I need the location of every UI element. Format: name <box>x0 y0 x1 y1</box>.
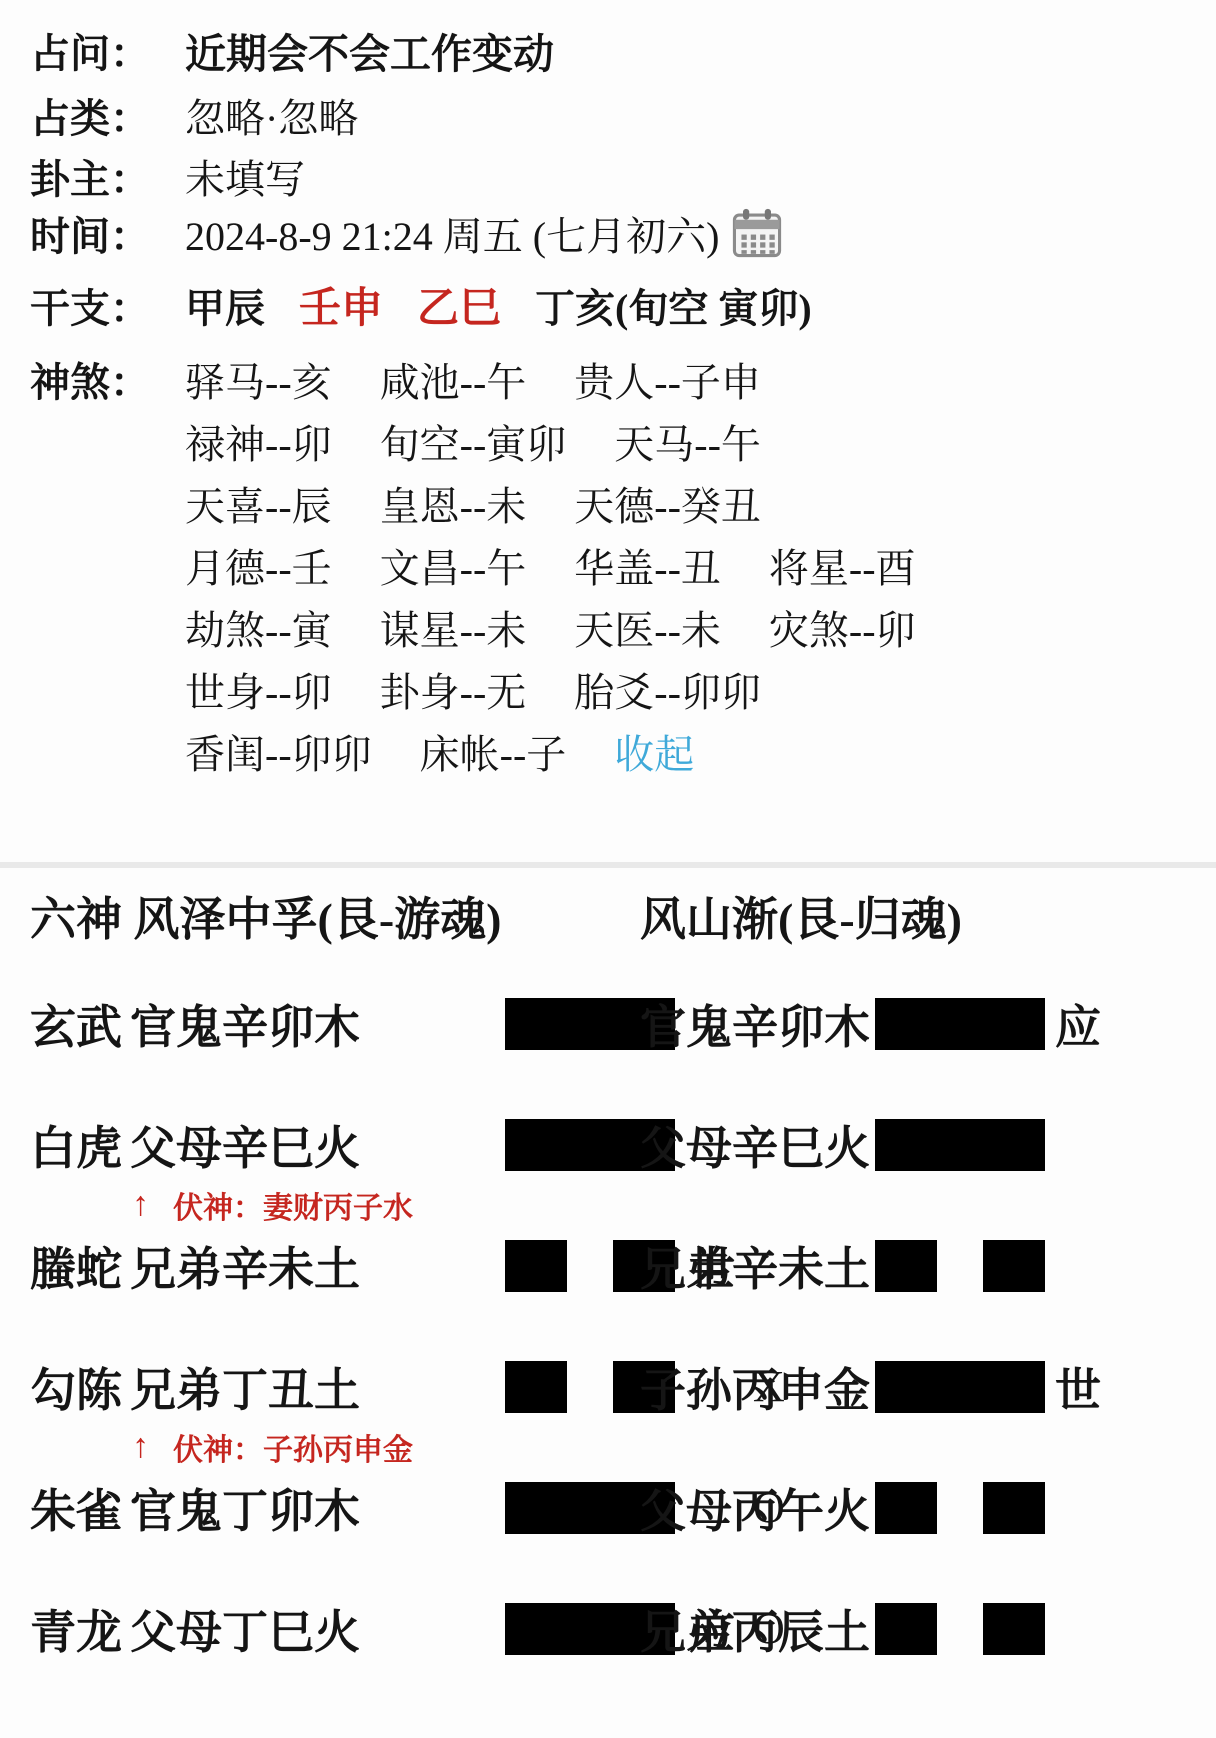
line-text: 父母辛巳火 <box>640 1112 875 1178</box>
time-label: 时间： <box>30 205 185 262</box>
liuyao-record-page: 占问： 近期会不会工作变动 占类： 忽略·忽略 卦主： 未填写 时间： 2024… <box>0 0 1216 1738</box>
shensha-item: 禄神--卯 <box>185 413 332 470</box>
shensha-item: 谋星--未 <box>380 599 527 656</box>
ganzhi-part: 壬申 <box>299 275 383 335</box>
shensha-item: 胎爻--卯卯 <box>574 661 761 718</box>
ganzhi-part: 甲辰 <box>185 277 265 334</box>
shensha-item: 文昌--午 <box>380 537 527 594</box>
shensha-row: 禄神--卯旬空--寅卯天马--午 <box>185 410 1216 472</box>
yin-block-left <box>505 1361 567 1413</box>
hexagram-line-row: 兄弟丙辰土 <box>640 1568 1216 1689</box>
line-text: 兄弟辛未土 <box>640 1233 875 1299</box>
shi-ying-marker: 应 <box>1045 991 1101 1057</box>
hexagram-line-row: 青龙父母丁巳火应O <box>30 1568 640 1689</box>
hexagram-line-row: 父母辛巳火 <box>640 1084 1216 1205</box>
question-value: 近期会不会工作变动 <box>185 21 554 80</box>
time-row: 时间： 2024-8-9 21:24 周五 (七月初六) <box>0 204 1216 262</box>
category-row: 占类： 忽略·忽略 <box>0 82 1216 148</box>
shi-ying-marker: 世 <box>1045 1354 1101 1420</box>
line-text: 父母丙午火 <box>640 1475 875 1541</box>
hexagram-line-row: 父母丙午火 <box>640 1447 1216 1568</box>
line-text: 父母辛巳火 <box>130 1112 505 1178</box>
shensha-item: 床帐--子 <box>420 723 567 780</box>
yin-block-right <box>983 1603 1045 1655</box>
line-text: 官鬼丁卯木 <box>130 1475 505 1541</box>
shensha-item: 将星--酉 <box>769 537 916 594</box>
hexagram-line-row: 子孙丙申金世 <box>640 1326 1216 1447</box>
six-god-label: 白虎 <box>30 1112 130 1178</box>
subject-row: 卦主： 未填写 <box>0 148 1216 204</box>
line-text: 官鬼辛卯木 <box>640 991 875 1057</box>
category-value: 忽略·忽略 <box>185 87 358 144</box>
shensha-item: 咸池--午 <box>380 351 527 408</box>
yin-line <box>875 1482 1045 1534</box>
shensha-item: 卦身--无 <box>380 661 527 718</box>
shensha-label: 神煞： <box>30 348 185 410</box>
shensha-item: 皇恩--未 <box>380 475 527 532</box>
six-god-label: 螣蛇 <box>30 1233 130 1299</box>
shensha-item: 天喜--辰 <box>185 475 332 532</box>
shensha-item: 劫煞--寅 <box>185 599 332 656</box>
ganzhi-part: 乙巳 <box>417 275 501 335</box>
changed-hexagram: 风山渐(艮-归魂) 官鬼辛卯木应父母辛巳火兄弟辛未土子孙丙申金世父母丙午火兄弟丙… <box>640 868 1216 1689</box>
shensha-item: 天德--癸丑 <box>574 475 761 532</box>
yin-line <box>875 1240 1045 1292</box>
yang-line <box>875 998 1045 1050</box>
main-hexagram-title: 六神 风泽中孚(艮-游魂) <box>30 868 640 963</box>
collapse-link[interactable]: 收起 <box>614 723 694 780</box>
line-text: 兄弟丙辰土 <box>640 1596 875 1662</box>
shensha-row: 世身--卯卦身--无胎爻--卯卯 <box>185 658 1216 720</box>
line-text: 兄弟丁丑土 <box>130 1354 505 1420</box>
six-god-label: 玄武 <box>30 991 130 1057</box>
shensha-item: 旬空--寅卯 <box>380 413 567 470</box>
question-row: 占问： 近期会不会工作变动 <box>0 18 1216 82</box>
changed-hexagram-title: 风山渐(艮-归魂) <box>640 868 1216 963</box>
yin-block-left <box>505 1240 567 1292</box>
hexagram-line-row: 玄武官鬼辛卯木 <box>30 963 640 1084</box>
shensha-item: 月德--壬 <box>185 537 332 594</box>
ganzhi-label: 干支： <box>30 277 185 334</box>
shensha-item: 世身--卯 <box>185 661 332 718</box>
yin-block-left <box>875 1240 937 1292</box>
hexagram-line-row: 官鬼辛卯木应 <box>640 963 1216 1084</box>
yang-line-bar <box>875 998 1045 1050</box>
yin-block-left <box>875 1603 937 1655</box>
subject-value: 未填写 <box>185 148 305 205</box>
shensha-item: 华盖--丑 <box>574 537 721 594</box>
ganzhi-part: 丁亥(旬空 寅卯) <box>535 277 812 334</box>
yin-line-wrap <box>875 1482 1045 1534</box>
yang-line-bar <box>875 1361 1045 1413</box>
shensha-item: 驿马--亥 <box>185 351 332 408</box>
yang-line <box>875 1361 1045 1413</box>
line-text: 兄弟辛未土 <box>130 1233 505 1299</box>
changed-hexagram-lines: 官鬼辛卯木应父母辛巳火兄弟辛未土子孙丙申金世父母丙午火兄弟丙辰土 <box>640 963 1216 1689</box>
shensha-list: 驿马--亥咸池--午贵人--子申禄神--卯旬空--寅卯天马--午天喜--辰皇恩-… <box>185 348 1216 782</box>
hexagram-line-row: 兄弟辛未土 <box>640 1205 1216 1326</box>
yang-line-bar <box>875 1119 1045 1171</box>
shensha-row: 月德--壬文昌--午华盖--丑将星--酉 <box>185 534 1216 596</box>
yin-line-wrap <box>875 1240 1045 1292</box>
main-hexagram: 六神 风泽中孚(艮-游魂) 玄武官鬼辛卯木白虎父母辛巳火↑伏神：妻财丙子水螣蛇兄… <box>30 868 640 1689</box>
ganzhi-values: 甲辰壬申乙巳丁亥(旬空 寅卯) <box>185 275 812 335</box>
hexagram-line-row: 朱雀官鬼丁卯木O <box>30 1447 640 1568</box>
yin-block-right <box>983 1240 1045 1292</box>
main-hexagram-lines: 玄武官鬼辛卯木白虎父母辛巳火↑伏神：妻财丙子水螣蛇兄弟辛未土世勾陈兄弟丁丑土X↑… <box>30 963 640 1689</box>
yin-block-left <box>875 1482 937 1534</box>
hexagram-line-row: 白虎父母辛巳火↑伏神：妻财丙子水 <box>30 1084 640 1205</box>
six-god-label: 勾陈 <box>30 1354 130 1420</box>
hexagram-line-row: 螣蛇兄弟辛未土世 <box>30 1205 640 1326</box>
yin-line-wrap <box>875 1603 1045 1655</box>
line-text: 父母丁巳火 <box>130 1596 505 1662</box>
calendar-icon[interactable] <box>729 205 785 261</box>
shensha-item: 天医--未 <box>574 599 721 656</box>
shensha-item: 香闺--卯卯 <box>185 723 372 780</box>
shensha-row: 驿马--亥咸池--午贵人--子申 <box>185 348 1216 410</box>
shensha-row: 劫煞--寅谋星--未天医--未灾煞--卯 <box>185 596 1216 658</box>
question-label: 占问： <box>30 22 185 79</box>
yin-line <box>875 1603 1045 1655</box>
six-god-label: 朱雀 <box>30 1475 130 1541</box>
line-text: 官鬼辛卯木 <box>130 991 505 1057</box>
shensha-row: 香闺--卯卯床帐--子收起 <box>185 720 1216 782</box>
shensha-item: 贵人--子申 <box>574 351 761 408</box>
ganzhi-row: 干支： 甲辰壬申乙巳丁亥(旬空 寅卯) <box>0 262 1216 348</box>
subject-label: 卦主： <box>30 148 185 205</box>
shensha-item: 灾煞--卯 <box>769 599 916 656</box>
shensha-section: 神煞： 驿马--亥咸池--午贵人--子申禄神--卯旬空--寅卯天马--午天喜--… <box>0 348 1216 782</box>
yin-block-right <box>983 1482 1045 1534</box>
yang-line <box>875 1119 1045 1171</box>
time-value: 2024-8-9 21:24 周五 (七月初六) <box>185 205 719 262</box>
hexagram-line-row: 勾陈兄弟丁丑土X↑伏神：子孙丙申金 <box>30 1326 640 1447</box>
six-god-label: 青龙 <box>30 1596 130 1662</box>
shensha-row: 天喜--辰皇恩--未天德--癸丑 <box>185 472 1216 534</box>
category-label: 占类： <box>30 87 185 144</box>
hexagram-section: 六神 风泽中孚(艮-游魂) 玄武官鬼辛卯木白虎父母辛巳火↑伏神：妻财丙子水螣蛇兄… <box>0 868 1216 1689</box>
line-text: 子孙丙申金 <box>640 1354 875 1420</box>
shensha-item: 天马--午 <box>614 413 761 470</box>
